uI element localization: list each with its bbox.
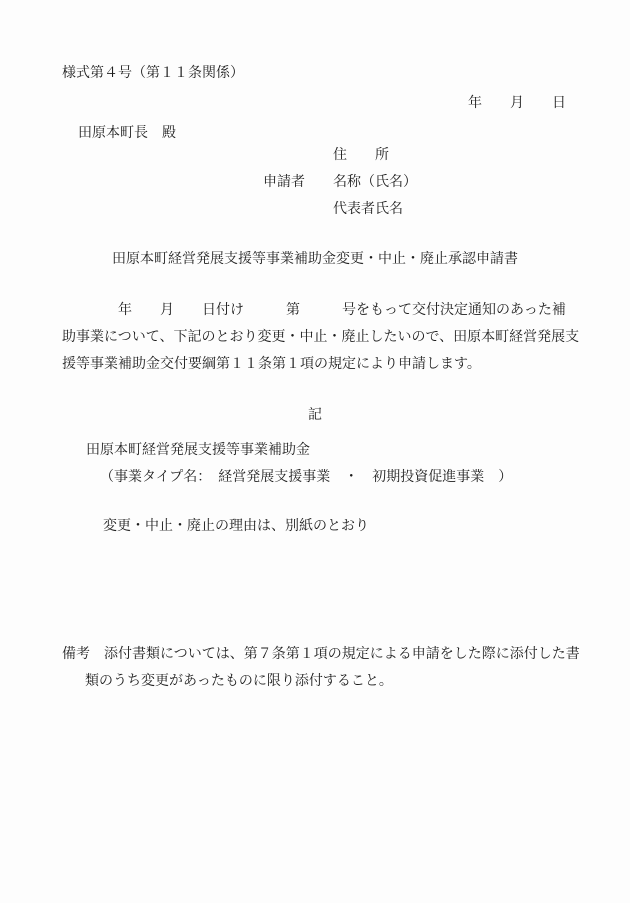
body-line-2: 助事業について、下記のとおり変更・中止・廃止したいので、田原本町経営発展支 (62, 328, 579, 347)
subsidy-name: 田原本町経営発展支援等事業補助金 (86, 441, 310, 460)
date-line: 年 月 日 (468, 94, 566, 113)
applicant-representative-label: 代表者氏名 (333, 200, 403, 219)
business-type-line: （事業タイプ名： 経営発展支援事業 ・ 初期投資促進事業 ） (100, 468, 512, 487)
remarks-line-1: 備考 添付書類については、第７条第１項の規定による申請をした際に添付した書 (62, 645, 580, 664)
body-line-1: 年 月 日付け 第 号をもって交付決定通知のあった補 (62, 301, 566, 320)
applicant-address-label: 住 所 (333, 146, 389, 165)
document-title: 田原本町経営発展支援等事業補助金変更・中止・廃止承認申請書 (0, 250, 630, 269)
remarks-line-2: 類のうち変更があったものに限り添付すること。 (85, 672, 393, 691)
ki-marker: 記 (0, 406, 630, 425)
document-page: 様式第４号（第１１条関係） 年 月 日 田原本町長 殿 住 所 申請者 名称（氏… (0, 0, 630, 903)
applicant-name-label: 名称（氏名） (333, 173, 417, 192)
applicant-label: 申請者 (263, 173, 305, 192)
addressee: 田原本町長 殿 (78, 124, 176, 143)
reason-line: 変更・中止・廃止の理由は、別紙のとおり (103, 517, 369, 536)
body-line-3: 援等事業補助金交付要綱第１１条第１項の規定により申請します。 (62, 355, 481, 374)
form-number: 様式第４号（第１１条関係） (62, 64, 244, 83)
